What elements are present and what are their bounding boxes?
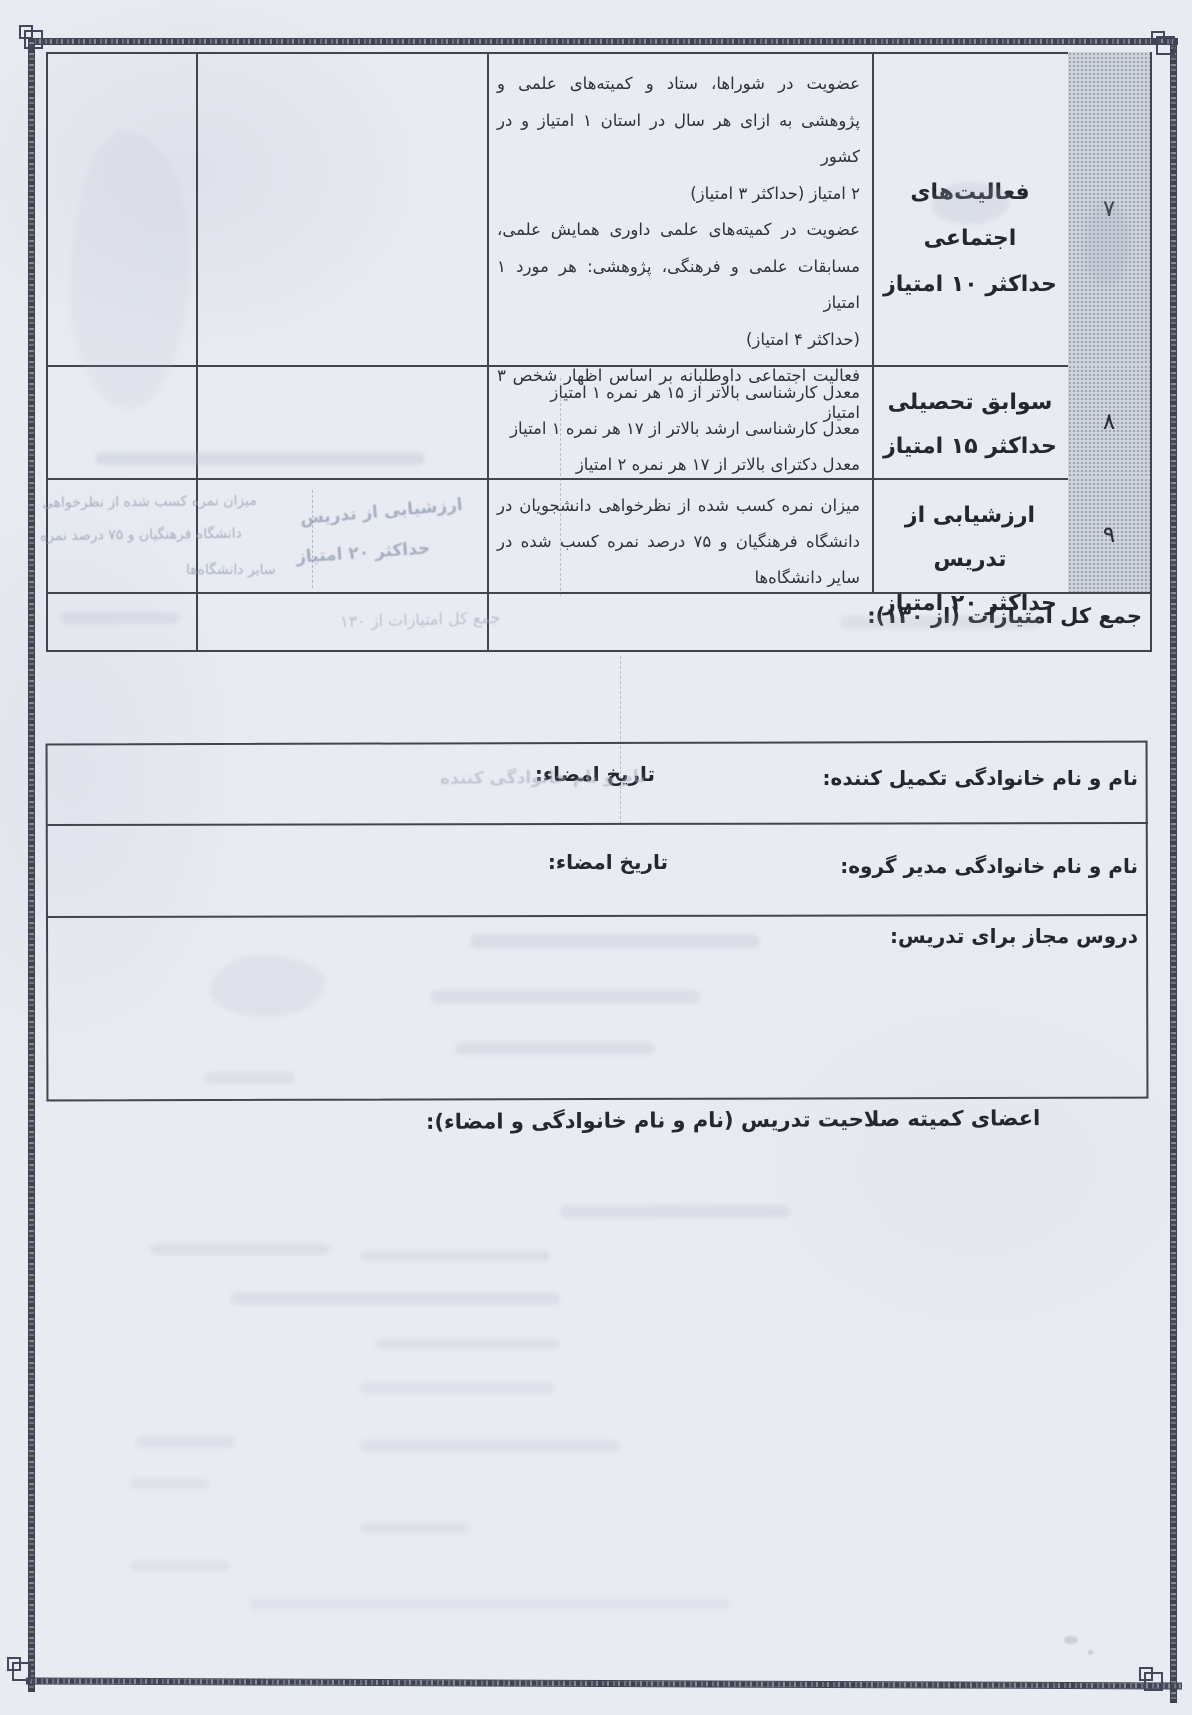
ink-smudge — [360, 1522, 470, 1534]
criteria-line: پژوهشی به ازای هر سال در استان ۱ امتیاز … — [497, 103, 860, 176]
allowed-courses-label: دروس مجاز برای تدریس: — [890, 924, 1138, 948]
criteria-line: دانشگاه فرهنگیان و ۷۵ درصد نمره کسب شده … — [497, 524, 860, 560]
ink-smudge — [1088, 1650, 1093, 1655]
category-line: ارزشیابی از تدریس — [872, 494, 1068, 582]
criteria-line: معدل کارشناسی بالاتر از ۱۵ هر نمره ۱ امت… — [497, 375, 860, 411]
manager-name-label: نام و نام خانوادگی مدیر گروه: — [840, 854, 1138, 878]
criteria-line: (حداکثر ۴ امتیاز) — [497, 322, 860, 359]
ink-smudge — [360, 1382, 555, 1394]
ink-smudge — [430, 990, 700, 1004]
ink-smudge — [60, 612, 180, 624]
ink-smudge — [560, 1205, 790, 1218]
ink-smudge — [1064, 1636, 1078, 1644]
ink-smudge — [130, 1478, 210, 1489]
category-line: حداکثر ۱۰ امتیاز — [872, 262, 1068, 308]
ink-smudge — [230, 1292, 560, 1305]
frame-corner-ornament — [12, 1662, 31, 1681]
ink-smudge — [470, 934, 760, 949]
ghost-line — [312, 490, 313, 588]
ink-smudge — [95, 452, 425, 465]
ink-smudge — [375, 1338, 560, 1350]
ink-smudge — [360, 1440, 620, 1453]
category-line: سوابق تحصیلی — [872, 381, 1068, 425]
ghost-text: میزان نمره کسب شده از نظرخواهی — [42, 493, 257, 511]
criteria-cell: معدل کارشناسی بالاتر از ۱۵ هر نمره ۱ امت… — [487, 365, 872, 478]
criteria-line: میزان نمره کسب شده از نظرخواهی دانشجویان… — [497, 488, 860, 524]
criteria-line: سایر دانشگاه‌ها — [497, 560, 860, 596]
frame-corner-ornament — [1156, 36, 1175, 55]
category-cell: ارزشیابی از تدریس حداکثر ۲۰ امتیاز — [872, 478, 1068, 592]
row-number: ۹ — [1068, 478, 1150, 592]
criteria-line: عضویت در کمیته‌های علمی داوری همایش علمی… — [497, 212, 860, 249]
criteria-line: عضویت در شوراها، ستاد و کمیته‌های علمی و — [497, 66, 860, 103]
ink-smudge — [150, 1243, 330, 1255]
completer-name-label: نام و نام خانوادگی تکمیل کننده: — [823, 766, 1138, 790]
paper-crease — [560, 378, 561, 596]
frame-corner-ornament — [1144, 1672, 1163, 1691]
ink-smudge — [130, 1560, 230, 1571]
ink-smudge — [360, 1250, 550, 1262]
ink-smudge — [205, 1072, 295, 1084]
ghost-text: دانشگاه فرهنگیان و ۷۵ درصد نمره — [40, 526, 242, 545]
ghost-text: سایر دانشگاه‌ها — [186, 562, 276, 578]
ghost-text: نام و نام خانوادگی کننده — [440, 767, 646, 789]
criteria-cell: میزان نمره کسب شده از نظرخواهی دانشجویان… — [487, 478, 872, 592]
category-line: حداکثر ۱۵ امتیاز — [872, 425, 1068, 469]
committee-members-heading: اعضای کمیته صلاحیت تدریس (نام و نام خانو… — [426, 1106, 1040, 1134]
row-number: ۸ — [1068, 365, 1150, 478]
ink-smudge — [250, 1598, 730, 1610]
ink-smudge — [135, 1436, 235, 1448]
criteria-line: ۲ امتیاز (حداکثر ۳ امتیاز) — [497, 176, 860, 213]
ink-smudge — [840, 616, 1040, 629]
row-number-value: ۸ — [1103, 409, 1115, 435]
category-cell: سوابق تحصیلی حداکثر ۱۵ امتیاز — [872, 365, 1068, 478]
criteria-line: مسابقات علمی و فرهنگی، پژوهشی: هر مورد ۱… — [497, 249, 860, 322]
scanned-document-page: ۷ ۸ ۹ فعالیت‌های اجتماعی حداکثر ۱۰ امتیا… — [0, 0, 1192, 1715]
frame-right-border — [1170, 44, 1177, 1703]
criteria-cell: عضویت در شوراها، ستاد و کمیته‌های علمی و… — [487, 52, 872, 365]
frame-left-border — [28, 38, 35, 1692]
frame-top-border — [30, 38, 1178, 45]
frame-bottom-border — [26, 1677, 1182, 1689]
criteria-line: معدل کارشناسی ارشد بالاتر از ۱۷ هر نمره … — [497, 411, 860, 447]
manager-date-signature-label: تاریخ امضاء: — [548, 850, 668, 874]
frame-corner-ornament — [24, 30, 43, 49]
row-number-value: ۹ — [1103, 522, 1115, 548]
ink-smudge — [455, 1042, 655, 1055]
